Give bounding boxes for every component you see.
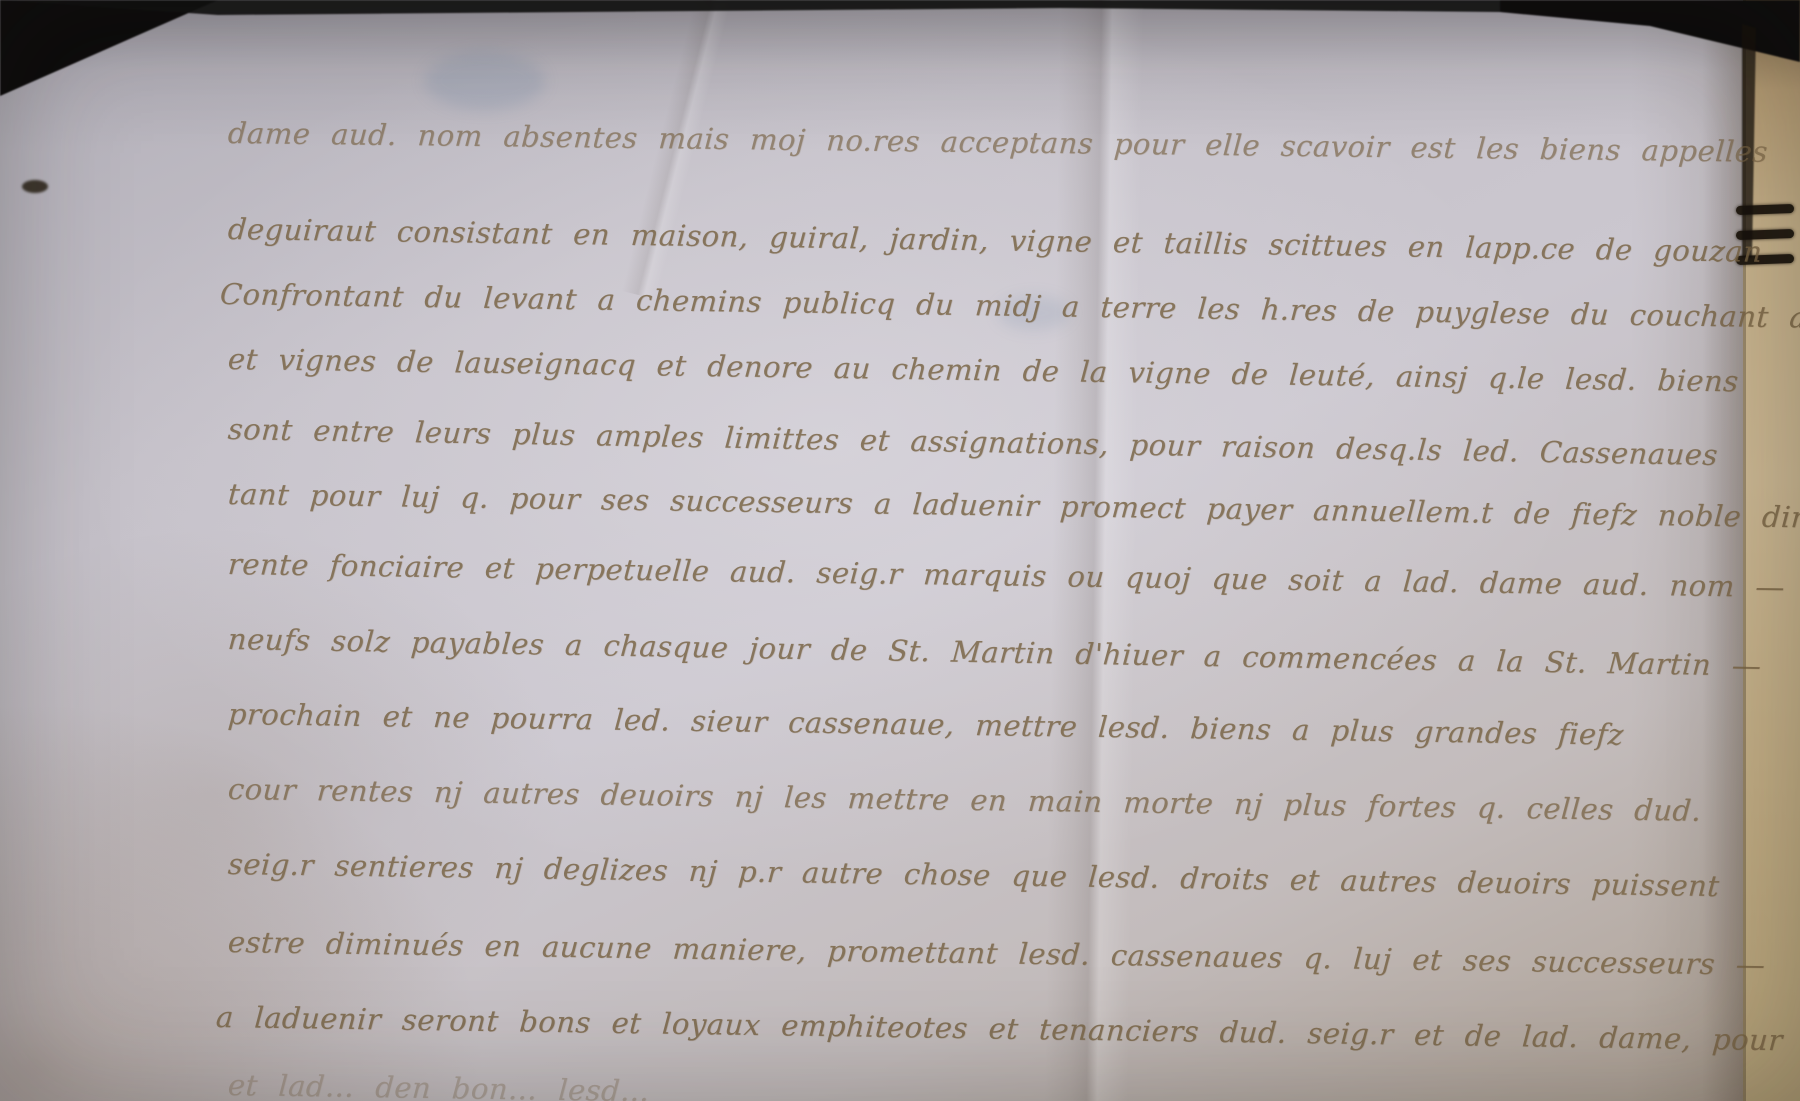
manuscript-line-12: estre diminués en aucune maniere, promet…: [227, 925, 1767, 982]
manuscript-line-13: a laduenir seront bons et loyaux emphite…: [215, 1000, 1784, 1057]
manuscript-line-6: tant pour luj q. pour ses successeurs a …: [227, 477, 1800, 536]
manuscript-text: dame aud. nom absentes mais moj no.res a…: [228, 0, 1758, 1101]
manuscript-line-5: sont entre leurs plus amples limittes et…: [227, 412, 1719, 472]
manuscript-line-4: et vignes de lauseignacq et denore au ch…: [227, 342, 1740, 398]
manuscript-line-1: dame aud. nom absentes mais moj no.res a…: [227, 116, 1769, 169]
manuscript-line-10: cour rentes nj autres deuoirs nj les met…: [227, 772, 1703, 828]
manuscript-photo: dame aud. nom absentes mais moj no.res a…: [0, 0, 1800, 1101]
manuscript-line-8: neufs solz payables a chasque jour de St…: [227, 622, 1763, 683]
manuscript-line-3: Confrontant du levant a chemins publicq …: [219, 277, 1800, 336]
manuscript-line-7: rente fonciaire et perpetuelle aud. seig…: [227, 547, 1786, 604]
manuscript-line-2: deguiraut consistant en maison, guiral, …: [227, 212, 1764, 269]
manuscript-line-11: seig.r sentieres nj deglizes nj p.r autr…: [227, 847, 1721, 903]
backdrop-corner-top-left: [0, 0, 218, 96]
manuscript-line-14-partial: et lad… den bon… lesd…: [227, 1068, 651, 1101]
manuscript-line-9: prochain et ne pourra led. sieur cassena…: [227, 697, 1625, 752]
